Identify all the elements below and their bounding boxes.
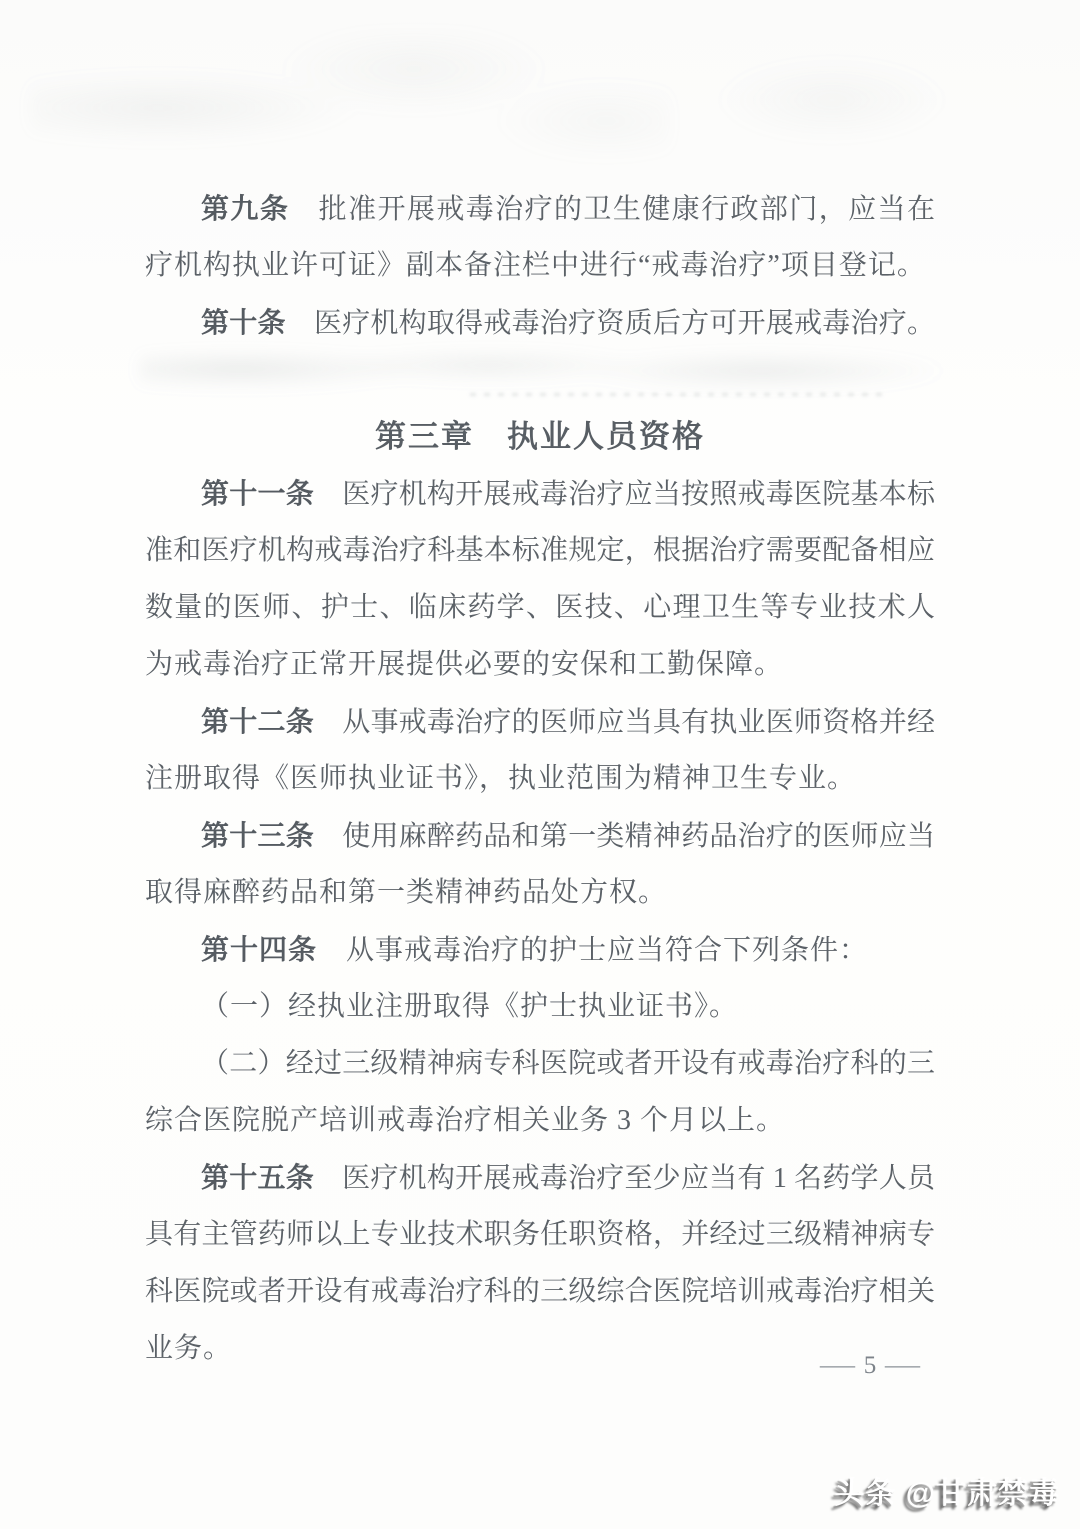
article-number: 第十五条	[201, 1162, 314, 1193]
text-line: 科医院或者开设有戒毒治疗科的三级综合医院培训戒毒治疗相关	[145, 1263, 935, 1320]
text-run: 准和医疗机构戒毒治疗科基本标准规定，根据治疗需要配备相应	[145, 535, 935, 566]
text-line: 取得麻醉药品和第一类精神药品处方权。	[145, 864, 935, 921]
text-run: 医疗机构取得戒毒治疗资质后方可开展戒毒治疗。	[286, 308, 935, 339]
text-run: 疗机构执业许可证》副本备注栏中进行“戒毒治疗”项目登记。	[145, 250, 926, 281]
chapter-heading: 第三章 执业人员资格	[145, 408, 935, 465]
document-page: 第九条 批准开展戒毒治疗的卫生健康行政部门，应当在《医疗机构执业许可证》副本备注…	[0, 0, 1080, 1529]
article-paragraph: 第十条 医疗机构取得戒毒治疗资质后方可开展戒毒治疗。	[145, 294, 935, 351]
text-run: 注册取得《医师执业证书》，执业范围为精神卫生专业。	[145, 763, 856, 794]
text-line: （二）经过三级精神病专科医院或者开设有戒毒治疗科的三级	[145, 1035, 935, 1092]
list-item-paragraph: （一）经执业注册取得《护士执业证书》。	[145, 978, 935, 1035]
text-line: 第三章 执业人员资格	[145, 408, 935, 465]
text-run: （二）经过三级精神病专科医院或者开设有戒毒治疗科的三级	[145, 1048, 935, 1092]
article-number: 第十一条	[201, 478, 314, 509]
scan-smudge-top	[30, 30, 670, 160]
article-paragraph: 第十五条 医疗机构开展戒毒治疗至少应当有 1 名药学人员具有主管药师以上专业技术…	[145, 1149, 935, 1377]
toutiao-watermark: 头条 @甘肃禁毒	[834, 1468, 1060, 1512]
text-line: 第十条 医疗机构取得戒毒治疗资质后方可开展戒毒治疗。	[145, 294, 935, 351]
text-line: 为戒毒治疗正常开展提供必要的安保和工勤保障。	[145, 636, 935, 693]
article-number: 第十三条	[201, 820, 314, 851]
page-number-value: 5	[864, 1352, 877, 1380]
article-number: 第三章 执业人员资格	[375, 419, 705, 454]
article-paragraph: 第十四条 从事戒毒治疗的护士应当符合下列条件：	[145, 921, 935, 978]
text-line: 第十五条 医疗机构开展戒毒治疗至少应当有 1 名药学人员	[145, 1149, 935, 1206]
text-line: 第九条 批准开展戒毒治疗的卫生健康行政部门，应当在《医	[145, 180, 935, 237]
text-line: 数量的医师、护士、临床药学、医技、心理卫生等专业技术人员，并	[145, 579, 935, 636]
text-run: 具有主管药师以上专业技术职务任职资格，并经过三级精神病专	[145, 1219, 935, 1250]
text-run: 取得麻醉药品和第一类精神药品处方权。	[145, 877, 667, 908]
page-number-left-dash: —	[820, 1352, 855, 1380]
text-run: 使用麻醉药品和第一类精神药品治疗的医师应当	[314, 821, 935, 852]
text-line: （一）经执业注册取得《护士执业证书》。	[145, 978, 935, 1035]
text-line: 第十二条 从事戒毒治疗的医师应当具有执业医师资格并经	[145, 693, 935, 750]
text-run: 从事戒毒治疗的医师应当具有执业医师资格并经	[314, 707, 935, 738]
text-line: 准和医疗机构戒毒治疗科基本标准规定，根据治疗需要配备相应	[145, 522, 935, 579]
article-paragraph: 第十二条 从事戒毒治疗的医师应当具有执业医师资格并经注册取得《医师执业证书》，执…	[145, 693, 935, 807]
text-line: 综合医院脱产培训戒毒治疗相关业务 3 个月以上。	[145, 1092, 935, 1149]
article-number: 第十二条	[201, 706, 314, 737]
article-paragraph: 第九条 批准开展戒毒治疗的卫生健康行政部门，应当在《医疗机构执业许可证》副本备注…	[145, 180, 935, 294]
page-number: — 5 —	[800, 1352, 940, 1380]
article-paragraph: 第十三条 使用麻醉药品和第一类精神药品治疗的医师应当取得麻醉药品和第一类精神药品…	[145, 807, 935, 921]
article-paragraph: 第十一条 医疗机构开展戒毒治疗应当按照戒毒医院基本标准和医疗机构戒毒治疗科基本标…	[145, 465, 935, 693]
list-item-paragraph: （二）经过三级精神病专科医院或者开设有戒毒治疗科的三级综合医院脱产培训戒毒治疗相…	[145, 1035, 935, 1149]
text-line: 第十一条 医疗机构开展戒毒治疗应当按照戒毒医院基本标	[145, 465, 935, 522]
text-run: 科医院或者开设有戒毒治疗科的三级综合医院培训戒毒治疗相关	[145, 1276, 935, 1307]
text-run: 业务。	[145, 1333, 232, 1364]
document-body: 第九条 批准开展戒毒治疗的卫生健康行政部门，应当在《医疗机构执业许可证》副本备注…	[145, 180, 935, 1377]
text-line: 第十三条 使用麻醉药品和第一类精神药品治疗的医师应当	[145, 807, 935, 864]
text-line: 第十四条 从事戒毒治疗的护士应当符合下列条件：	[145, 921, 935, 978]
text-run: 为戒毒治疗正常开展提供必要的安保和工勤保障。	[145, 649, 783, 680]
text-run: 综合医院脱产培训戒毒治疗相关业务 3 个月以上。	[145, 1105, 785, 1136]
article-number: 第十条	[201, 307, 286, 338]
text-line: 具有主管药师以上专业技术职务任职资格，并经过三级精神病专	[145, 1206, 935, 1263]
text-run: 数量的医师、护士、临床药学、医技、心理卫生等专业技术人员，并	[145, 592, 935, 636]
text-run: 从事戒毒治疗的护士应当符合下列条件：	[317, 935, 868, 966]
text-run: 医疗机构开展戒毒治疗应当按照戒毒医院基本标	[314, 479, 935, 510]
text-run: 医疗机构开展戒毒治疗至少应当有 1 名药学人员	[314, 1163, 935, 1194]
article-number: 第九条	[201, 193, 289, 224]
article-number: 第十四条	[201, 934, 317, 965]
text-run: （一）经执业注册取得《护士执业证书》。	[201, 991, 738, 1022]
text-line: 疗机构执业许可证》副本备注栏中进行“戒毒治疗”项目登记。	[145, 237, 935, 294]
text-line: 注册取得《医师执业证书》，执业范围为精神卫生专业。	[145, 750, 935, 807]
page-number-right-dash: —	[885, 1352, 920, 1380]
scan-smudge-top-right	[700, 40, 1030, 160]
